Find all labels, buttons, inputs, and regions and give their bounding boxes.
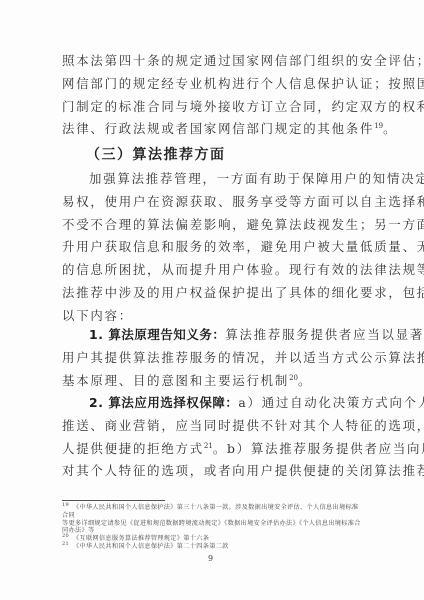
footnote-mark: 21	[62, 541, 69, 547]
footnote-text: 《中华人民共和国个人信息保护法》第二十四条第二款	[73, 543, 229, 550]
intro-paragraph: 加强算法推荐管理，一方面有助于保障用户的知情决定和公平交 易权，使用户在资源获取…	[62, 168, 362, 328]
text-line: 照本法第四十条的规定通过国家网信部门组织的安全评估；按照国家	[62, 50, 362, 73]
text-fragment: 算法推荐服务提供者应当以显著方式告知	[225, 327, 424, 342]
footnotes: 19《中华人民共和国个人信息保护法》第三十八条第一款。涉及数据出境安全评估、个人…	[62, 504, 362, 551]
footnote-ref-20[interactable]: 20	[289, 373, 298, 381]
text-line: 法推荐中涉及的用户权益保护提出了具体的细化要求，包括但不限于	[62, 282, 362, 305]
item-label: 1. 算法原理告知义务：	[89, 327, 225, 342]
text-fragment: 。b）算法推荐服务提供者应当向用户提供不针	[213, 441, 424, 456]
footnote-20: 20《互联网信息服务算法推荐管理规定》第十六条	[62, 535, 362, 543]
text-line: 2. 算法应用选择权保障：a）通过自动化决策方式向个人进行信息	[62, 392, 362, 415]
text-line: 不受不合理的算法偏差影响，避免算法歧视发生；另一方面有助于提	[62, 214, 362, 237]
text-line: 1. 算法原理告知义务：算法推荐服务提供者应当以显著方式告知	[62, 324, 362, 347]
list-item-algorithm-choice: 2. 算法应用选择权保障：a）通过自动化决策方式向个人进行信息 推送、商业营销，…	[62, 392, 362, 483]
footnote-19: 19《中华人民共和国个人信息保护法》第三十八条第一款。涉及数据出境安全评估、个人…	[62, 504, 362, 520]
text-line: 推送、商业营销，应当同时提供不针对其个人特征的选项，或者向个	[62, 415, 362, 438]
list-item-algorithm-disclosure: 1. 算法原理告知义务：算法推荐服务提供者应当以显著方式告知 用户其提供算法推荐…	[62, 324, 362, 392]
text-fragment: 基本原理、目的意图和主要运行机制	[62, 373, 289, 388]
footnote-divider	[62, 500, 165, 501]
document-page: 照本法第四十条的规定通过国家网信部门组织的安全评估；按照国家 网信部门的规定经专…	[0, 0, 424, 600]
footnote-text: 《互联网信息服务算法推荐管理规定》第十六条	[73, 535, 209, 542]
text-line: 人提供便捷的拒绝方式21。b）算法推荐服务提供者应当向用户提供不针	[62, 438, 362, 461]
footnote-19-cont: 等更多详细规定请参见《促进和规范数据跨境流动规定》《数据出境安全评估办法》《个人…	[62, 520, 362, 528]
text-fragment: 人提供便捷的拒绝方式	[62, 441, 204, 456]
text-fragment: 。	[298, 373, 312, 388]
text-fragment: 。	[383, 121, 397, 136]
footnote-mark: 19	[62, 502, 69, 508]
item-label: 2. 算法应用选择权保障：	[89, 395, 238, 410]
text-line: 加强算法推荐管理，一方面有助于保障用户的知情决定和公平交	[62, 168, 362, 191]
footnote-ref-21[interactable]: 21	[204, 441, 213, 449]
footnote-ref-19[interactable]: 19	[374, 122, 383, 130]
text-line-last: 基本原理、目的意图和主要运行机制20。	[62, 370, 362, 393]
footnote-text: 《中华人民共和国个人信息保护法》第三十八条第一款。涉及数据出境安全评估、个人信息…	[62, 504, 358, 519]
footnote-21: 21《中华人民共和国个人信息保护法》第二十四条第二款	[62, 543, 362, 551]
text-fragment: a）通过自动化决策方式向个人进行信息	[238, 395, 424, 410]
text-line: 的信息所困扰，从而提升用户体验。现行有效的法律法规等文件对算	[62, 259, 362, 282]
text-line: 升用户获取信息和服务的效率，避免用户被大量低质量、无关或重复	[62, 236, 362, 259]
text-line: 门制定的标准合同与境外接收方订立合同，约定双方的权利和义务；	[62, 96, 362, 119]
text-line-last: 法律、行政法规或者国家网信部门规定的其他条件19。	[62, 118, 362, 141]
text-fragment: 法律、行政法规或者国家网信部门规定的其他条件	[62, 121, 374, 136]
text-line: 用户其提供算法推荐服务的情况，并以适当方式公示算法推荐服务的	[62, 347, 362, 370]
text-line: 网信部门的规定经专业机构进行个人信息保护认证；按照国家网信部	[62, 73, 362, 96]
text-line: 易权，使用户在资源获取、服务享受等方面可以自主选择和公平交易，	[62, 191, 362, 214]
footnote-mark: 20	[62, 533, 69, 539]
continuation-paragraph: 照本法第四十条的规定通过国家网信部门组织的安全评估；按照国家 网信部门的规定经专…	[62, 50, 362, 141]
text-line: 对其个人特征的选项，或者向用户提供便捷的关闭算法推荐服务的选	[62, 460, 362, 483]
section-heading: （三）算法推荐方面	[86, 144, 226, 164]
page-number: 9	[208, 554, 213, 563]
